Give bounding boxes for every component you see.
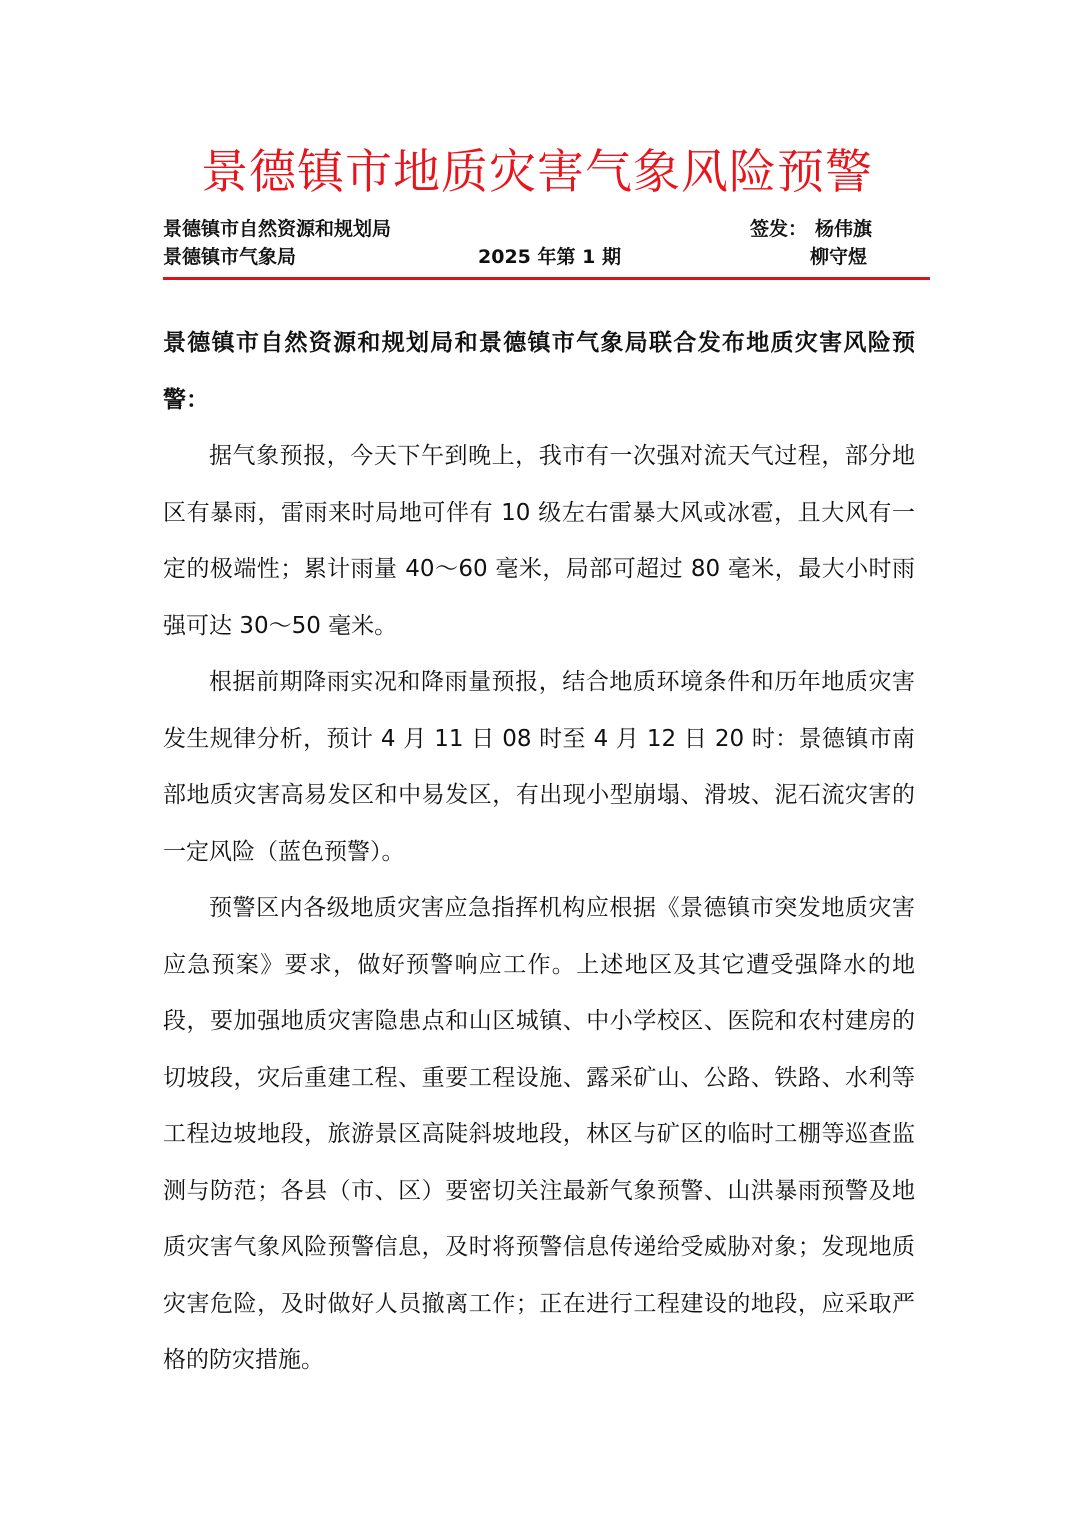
signoff-label: 签发：	[750, 216, 807, 242]
lead-statement: 景德镇市自然资源和规划局和景德镇市气象局联合发布地质灾害风险预警：	[163, 315, 915, 428]
paragraph-forecast: 据气象预报，今天下午到晚上，我市有一次强对流天气过程，部分地区有暴雨，雷雨来时局…	[163, 428, 915, 654]
issue-number: 2025 年第 1 期	[478, 244, 621, 270]
header-divider	[163, 277, 930, 280]
document-title: 景德镇市地质灾害气象风险预警	[0, 140, 1074, 206]
document-body: 景德镇市自然资源和规划局和景德镇市气象局联合发布地质灾害风险预警： 据气象预报，…	[163, 315, 915, 1389]
signer-2: 柳守煜	[810, 244, 867, 270]
issuer-natural-resources: 景德镇市自然资源和规划局	[163, 216, 391, 242]
paragraph-response: 预警区内各级地质灾害应急指挥机构应根据《景德镇市突发地质灾害应急预案》要求，做好…	[163, 880, 915, 1389]
issuer-meteorological: 景德镇市气象局	[163, 244, 296, 270]
signer-1: 杨伟旗	[815, 216, 872, 242]
paragraph-risk: 根据前期降雨实况和降雨量预报，结合地质环境条件和历年地质灾害发生规律分析，预计 …	[163, 654, 915, 880]
